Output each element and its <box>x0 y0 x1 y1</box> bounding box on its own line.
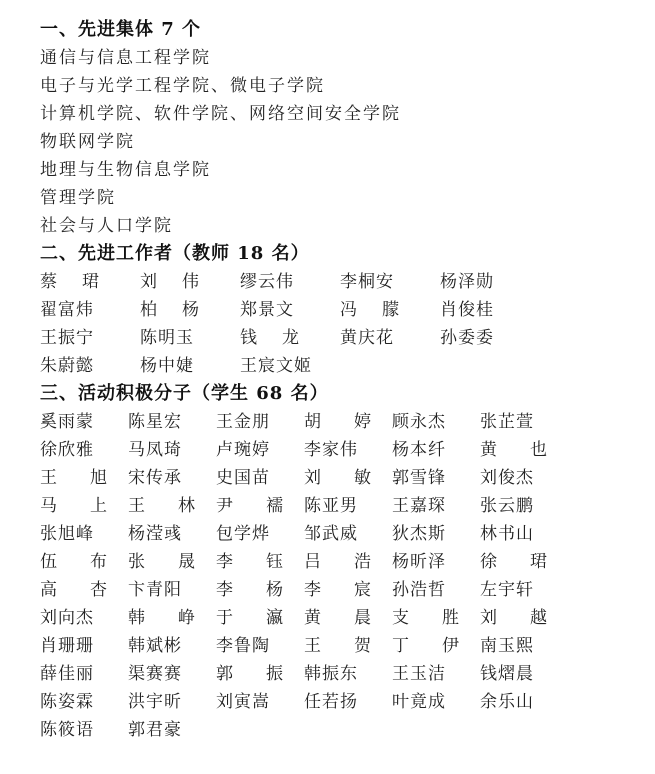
person-name: 卞青阳 <box>128 576 216 604</box>
person-name: 任若扬 <box>304 688 392 716</box>
person-name: 孙浩哲 <box>392 576 480 604</box>
name-row: 肖珊珊韩斌彬李鲁陶王贺丁伊南玉熙 <box>40 632 640 660</box>
person-name: 林书山 <box>480 520 568 548</box>
collective-item: 社会与人口学院 <box>40 212 640 240</box>
name-row: 徐欣雅马凤琦卢琬婷李家伟杨本纤黄也 <box>40 436 640 464</box>
name-row: 王旭宋传承史国苗刘敏郭雪锋刘俊杰 <box>40 464 640 492</box>
person-name: 黄庆花 <box>340 324 440 352</box>
section1-heading: 一、先进集体 7 个 <box>40 16 640 44</box>
name-row: 翟富炜柏杨郑景文冯朦肖俊桂 <box>40 296 640 324</box>
person-name: 马上 <box>40 492 128 520</box>
person-name: 顾永杰 <box>392 408 480 436</box>
person-name: 狄杰斯 <box>392 520 480 548</box>
person-name: 蔡珺 <box>40 268 140 296</box>
person-name: 郭雪锋 <box>392 464 480 492</box>
name-row: 张旭峰杨滢彧包学烨邹武威狄杰斯林书山 <box>40 520 640 548</box>
name-row: 高杏卞青阳李杨李宸孙浩哲左宇轩 <box>40 576 640 604</box>
advanced-workers-grid: 蔡珺刘伟缪云伟李桐安杨泽勋翟富炜柏杨郑景文冯朦肖俊桂王振宁陈明玉钱龙黄庆花孙委委… <box>40 268 640 380</box>
person-name: 南玉熙 <box>480 632 568 660</box>
person-name: 于瀛 <box>216 604 304 632</box>
person-name: 杨泽勋 <box>440 268 540 296</box>
person-name: 刘伟 <box>140 268 240 296</box>
person-name: 肖俊桂 <box>440 296 540 324</box>
person-name: 郑景文 <box>240 296 340 324</box>
person-name: 韩斌彬 <box>128 632 216 660</box>
person-name: 史国苗 <box>216 464 304 492</box>
person-name: 李宸 <box>304 576 392 604</box>
collective-item: 管理学院 <box>40 184 640 212</box>
person-name: 渠赛赛 <box>128 660 216 688</box>
person-name: 杨昕泽 <box>392 548 480 576</box>
person-name: 陈明玉 <box>140 324 240 352</box>
person-name: 宋传承 <box>128 464 216 492</box>
name-row: 马上王林尹襦陈亚男王嘉琛张云鹏 <box>40 492 640 520</box>
person-name: 陈亚男 <box>304 492 392 520</box>
name-row: 陈姿霖洪宇昕刘寅嵩任若扬叶竟成余乐山 <box>40 688 640 716</box>
name-row: 刘向杰韩峥于瀛黄晨支胜刘越 <box>40 604 640 632</box>
person-name: 黄也 <box>480 436 568 464</box>
collective-item: 电子与光学工程学院、微电子学院 <box>40 72 640 100</box>
person-name: 李家伟 <box>304 436 392 464</box>
person-name: 丁伊 <box>392 632 480 660</box>
person-name: 杨中婕 <box>140 352 240 380</box>
person-name: 柏杨 <box>140 296 240 324</box>
collective-item: 计算机学院、软件学院、网络空间安全学院 <box>40 100 640 128</box>
person-name: 卢琬婷 <box>216 436 304 464</box>
name-row: 奚雨蒙陈星宏王金朋胡婷顾永杰张芷萱 <box>40 408 640 436</box>
name-row: 薛佳丽渠赛赛郭振韩振东王玉洁钱熠晨 <box>40 660 640 688</box>
person-name: 陈筱语 <box>40 716 128 744</box>
person-name: 张芷萱 <box>480 408 568 436</box>
person-name: 孙委委 <box>440 324 540 352</box>
name-row: 王振宁陈明玉钱龙黄庆花孙委委 <box>40 324 640 352</box>
person-name: 支胜 <box>392 604 480 632</box>
person-name: 伍布 <box>40 548 128 576</box>
person-name: 徐珺 <box>480 548 568 576</box>
person-name: 薛佳丽 <box>40 660 128 688</box>
person-name: 张晟 <box>128 548 216 576</box>
person-name: 洪宇昕 <box>128 688 216 716</box>
person-name: 余乐山 <box>480 688 568 716</box>
person-name: 杨本纤 <box>392 436 480 464</box>
active-students-grid: 奚雨蒙陈星宏王金朋胡婷顾永杰张芷萱徐欣雅马凤琦卢琬婷李家伟杨本纤黄也王旭宋传承史… <box>40 408 640 744</box>
person-name: 郭君豪 <box>128 716 216 744</box>
name-row: 伍布张晟李钰吕浩杨昕泽徐珺 <box>40 548 640 576</box>
person-name: 徐欣雅 <box>40 436 128 464</box>
name-row: 蔡珺刘伟缪云伟李桐安杨泽勋 <box>40 268 640 296</box>
person-name: 王振宁 <box>40 324 140 352</box>
person-name: 杨滢彧 <box>128 520 216 548</box>
person-name: 叶竟成 <box>392 688 480 716</box>
person-name: 高杏 <box>40 576 128 604</box>
name-row: 陈筱语郭君豪 <box>40 716 640 744</box>
person-name: 王玉洁 <box>392 660 480 688</box>
person-name: 冯朦 <box>340 296 440 324</box>
person-name: 郭振 <box>216 660 304 688</box>
person-name: 王旭 <box>40 464 128 492</box>
person-name: 王金朋 <box>216 408 304 436</box>
person-name: 奚雨蒙 <box>40 408 128 436</box>
person-name: 王林 <box>128 492 216 520</box>
advanced-collectives-list: 通信与信息工程学院 电子与光学工程学院、微电子学院 计算机学院、软件学院、网络空… <box>40 44 640 240</box>
person-name: 李杨 <box>216 576 304 604</box>
person-name: 韩振东 <box>304 660 392 688</box>
person-name: 李鲁陶 <box>216 632 304 660</box>
person-name: 李钰 <box>216 548 304 576</box>
person-name: 陈姿霖 <box>40 688 128 716</box>
person-name: 刘向杰 <box>40 604 128 632</box>
person-name: 陈星宏 <box>128 408 216 436</box>
section3-heading: 三、活动积极分子（学生 68 名） <box>40 380 640 408</box>
person-name: 邹武威 <box>304 520 392 548</box>
person-name: 马凤琦 <box>128 436 216 464</box>
person-name: 包学烨 <box>216 520 304 548</box>
person-name: 刘越 <box>480 604 568 632</box>
person-name: 王贺 <box>304 632 392 660</box>
person-name: 左宇轩 <box>480 576 568 604</box>
person-name: 朱蔚懿 <box>40 352 140 380</box>
person-name: 刘寅嵩 <box>216 688 304 716</box>
person-name: 刘俊杰 <box>480 464 568 492</box>
person-name: 王宸文姬 <box>240 352 340 380</box>
person-name: 钱熠晨 <box>480 660 568 688</box>
person-name: 尹襦 <box>216 492 304 520</box>
person-name: 张旭峰 <box>40 520 128 548</box>
person-name: 韩峥 <box>128 604 216 632</box>
person-name: 张云鹏 <box>480 492 568 520</box>
person-name: 胡婷 <box>304 408 392 436</box>
name-row: 朱蔚懿杨中婕王宸文姬 <box>40 352 640 380</box>
person-name: 肖珊珊 <box>40 632 128 660</box>
person-name: 王嘉琛 <box>392 492 480 520</box>
document: 一、先进集体 7 个 通信与信息工程学院 电子与光学工程学院、微电子学院 计算机… <box>40 16 640 744</box>
collective-item: 通信与信息工程学院 <box>40 44 640 72</box>
person-name: 吕浩 <box>304 548 392 576</box>
person-name: 缪云伟 <box>240 268 340 296</box>
person-name: 李桐安 <box>340 268 440 296</box>
collective-item: 地理与生物信息学院 <box>40 156 640 184</box>
person-name: 钱龙 <box>240 324 340 352</box>
collective-item: 物联网学院 <box>40 128 640 156</box>
section2-heading: 二、先进工作者（教师 18 名） <box>40 240 640 268</box>
person-name: 翟富炜 <box>40 296 140 324</box>
person-name: 刘敏 <box>304 464 392 492</box>
person-name: 黄晨 <box>304 604 392 632</box>
